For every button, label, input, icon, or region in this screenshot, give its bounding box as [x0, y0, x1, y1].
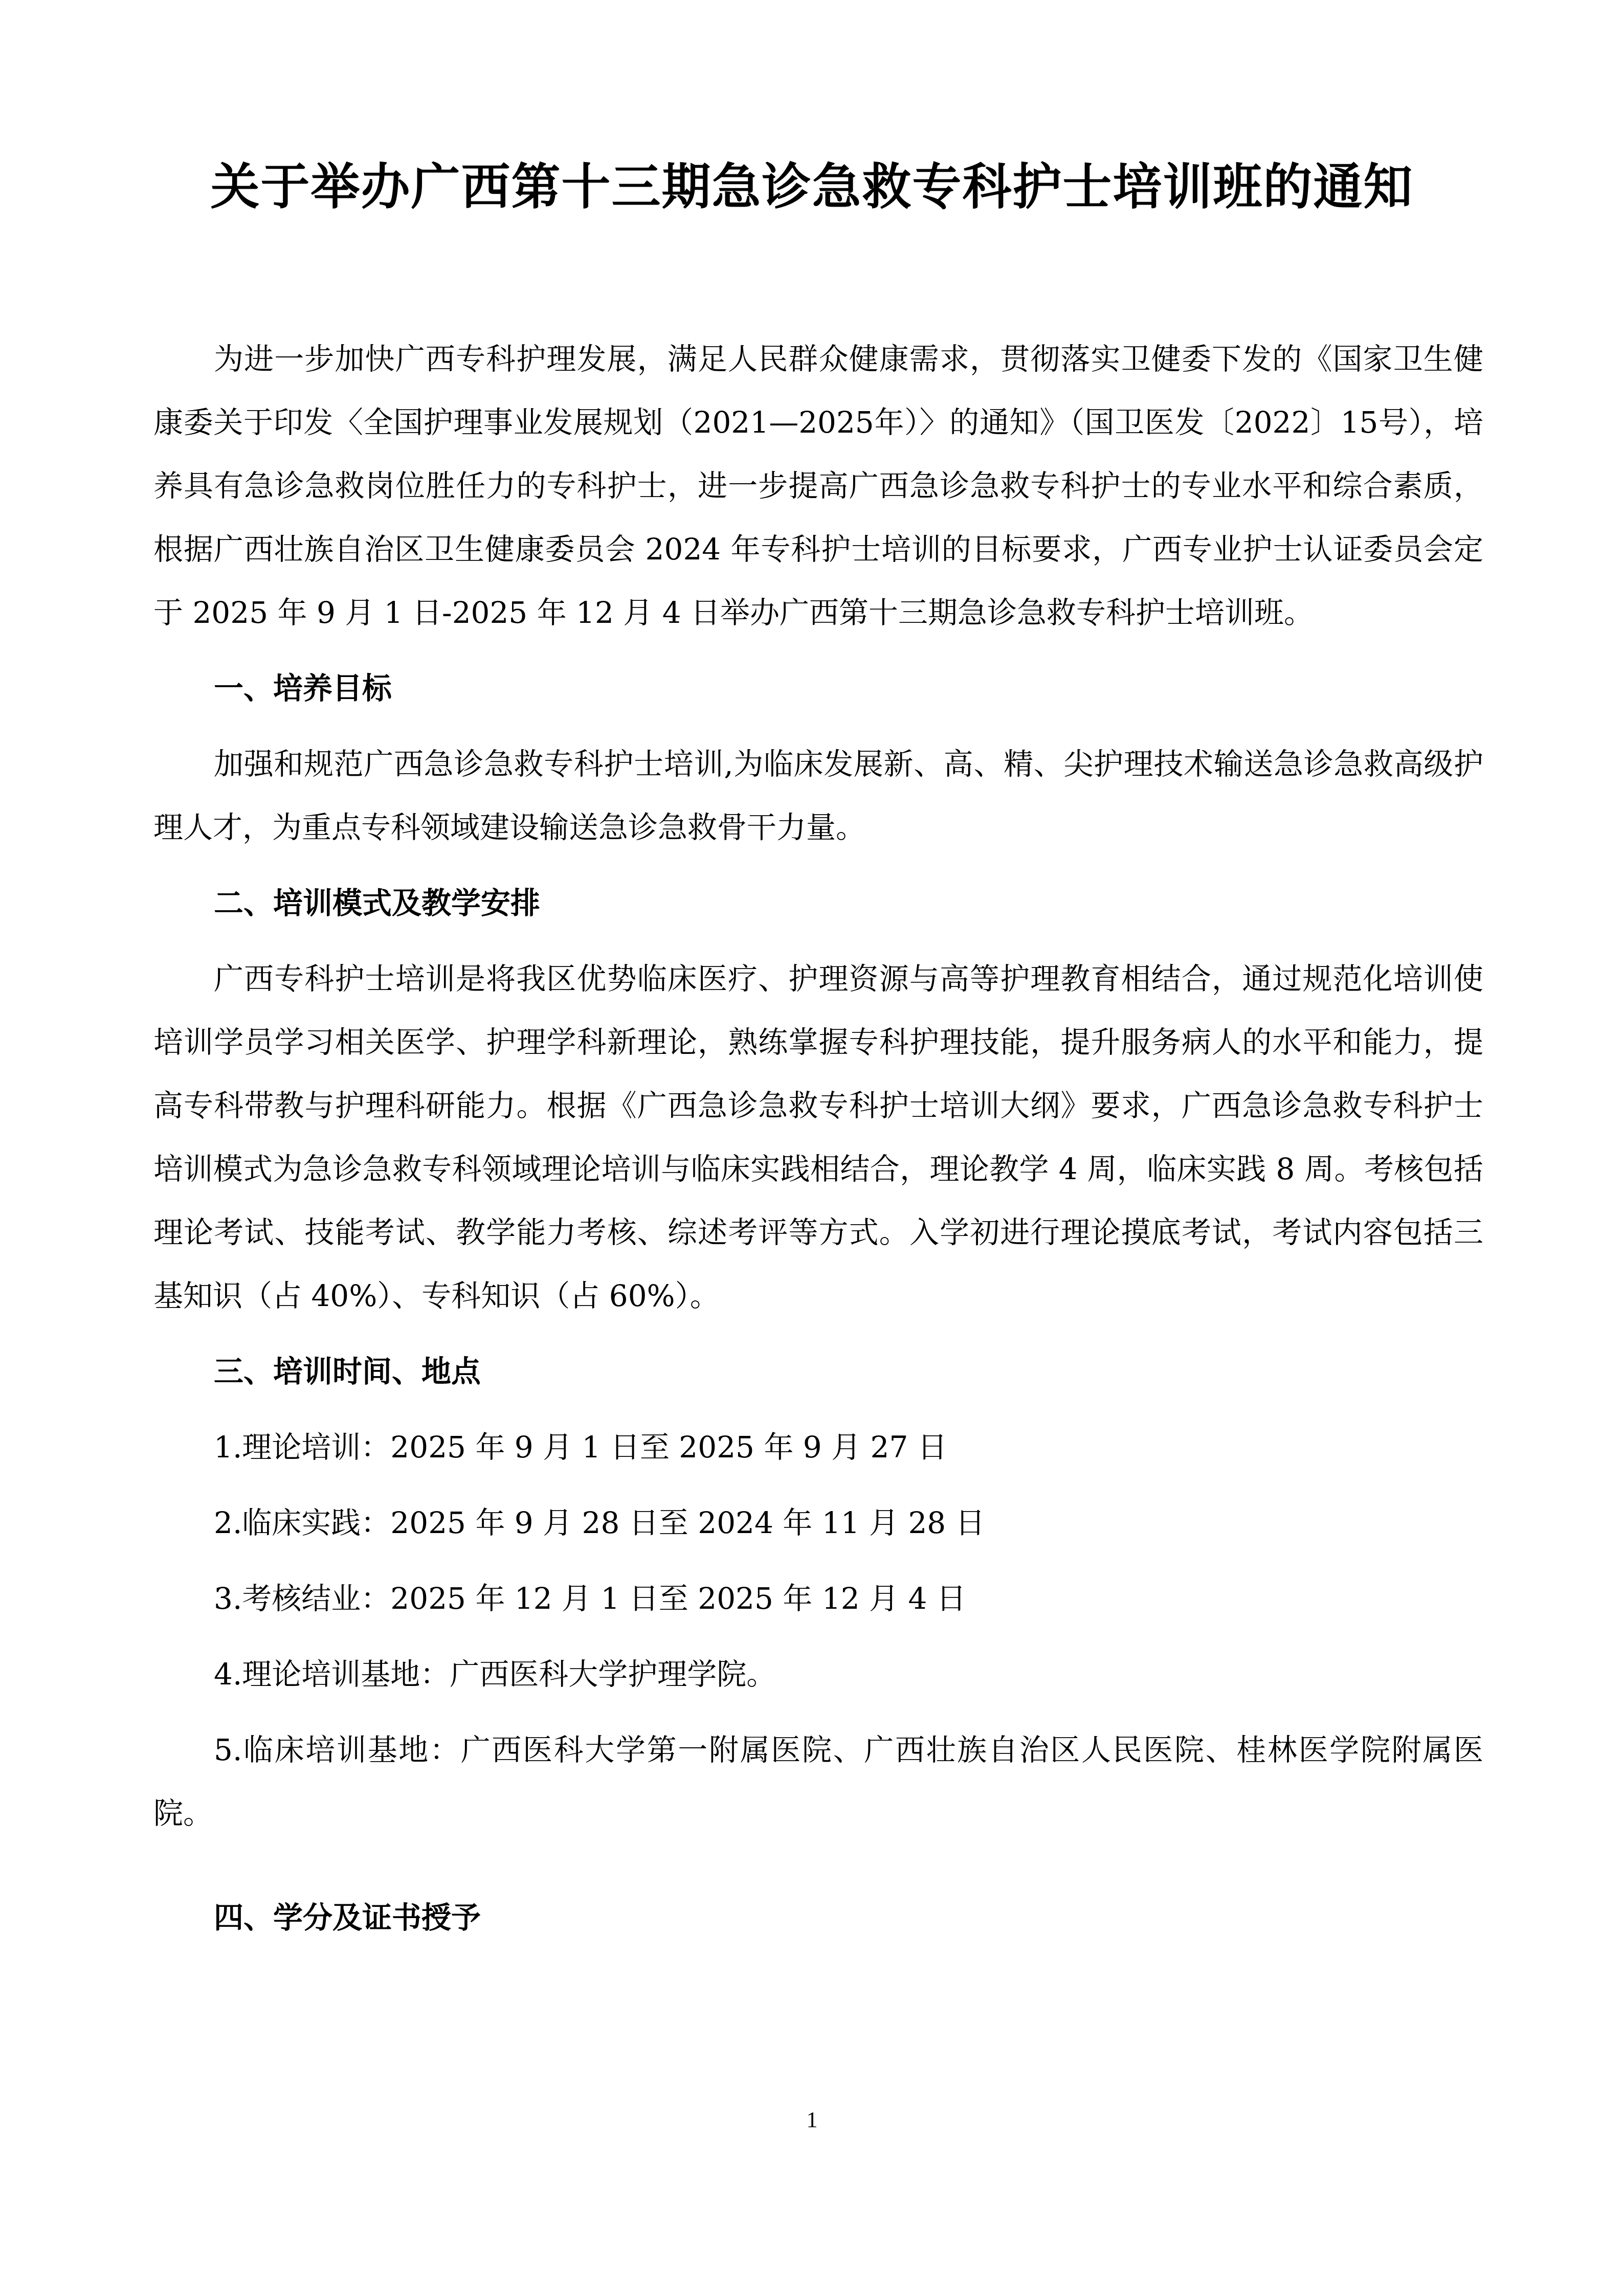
page-number: 1 [0, 2107, 1624, 2133]
location-item-theory-base: 4.理论培训基地：广西医科大学护理学院。 [153, 1642, 1483, 1706]
schedule-item-clinical: 2.临床实践：2025 年 9 月 28 日至 2024 年 11 月 28 日 [153, 1491, 1483, 1555]
document-page: 关于举办广西第十三期急诊急救专科护士培训班的通知 为进一步加快广西专科护理发展，… [0, 0, 1624, 2296]
document-body: 为进一步加快广西专科护理发展，满足人民群众健康需求，贯彻落实卫健委下发的《国家卫… [153, 327, 1483, 1949]
section-heading-1: 一、培养目标 [153, 657, 1483, 720]
section-heading-2: 二、培训模式及教学安排 [153, 871, 1483, 935]
intro-paragraph: 为进一步加快广西专科护理发展，满足人民群众健康需求，贯彻落实卫健委下发的《国家卫… [153, 327, 1483, 644]
schedule-item-assessment: 3.考核结业：2025 年 12 月 1 日至 2025 年 12 月 4 日 [153, 1567, 1483, 1630]
section-1-paragraph: 加强和规范广西急诊急救专科护士培训,为临床发展新、高、精、尖护理技术输送急诊急救… [153, 732, 1483, 859]
section-heading-4: 四、学分及证书授予 [153, 1886, 1483, 1949]
location-item-clinical-base: 5.临床培训基地：广西医科大学第一附属医院、广西壮族自治区人民医院、桂林医学院附… [153, 1718, 1483, 1845]
section-heading-3: 三、培训时间、地点 [153, 1340, 1483, 1403]
schedule-item-theory: 1.理论培训：2025 年 9 月 1 日至 2025 年 9 月 27 日 [153, 1415, 1483, 1479]
section-2-paragraph: 广西专科护士培训是将我区优势临床医疗、护理资源与高等护理教育相结合，通过规范化培… [153, 947, 1483, 1327]
page-title: 关于举办广西第十三期急诊急救专科护士培训班的通知 [0, 153, 1624, 220]
